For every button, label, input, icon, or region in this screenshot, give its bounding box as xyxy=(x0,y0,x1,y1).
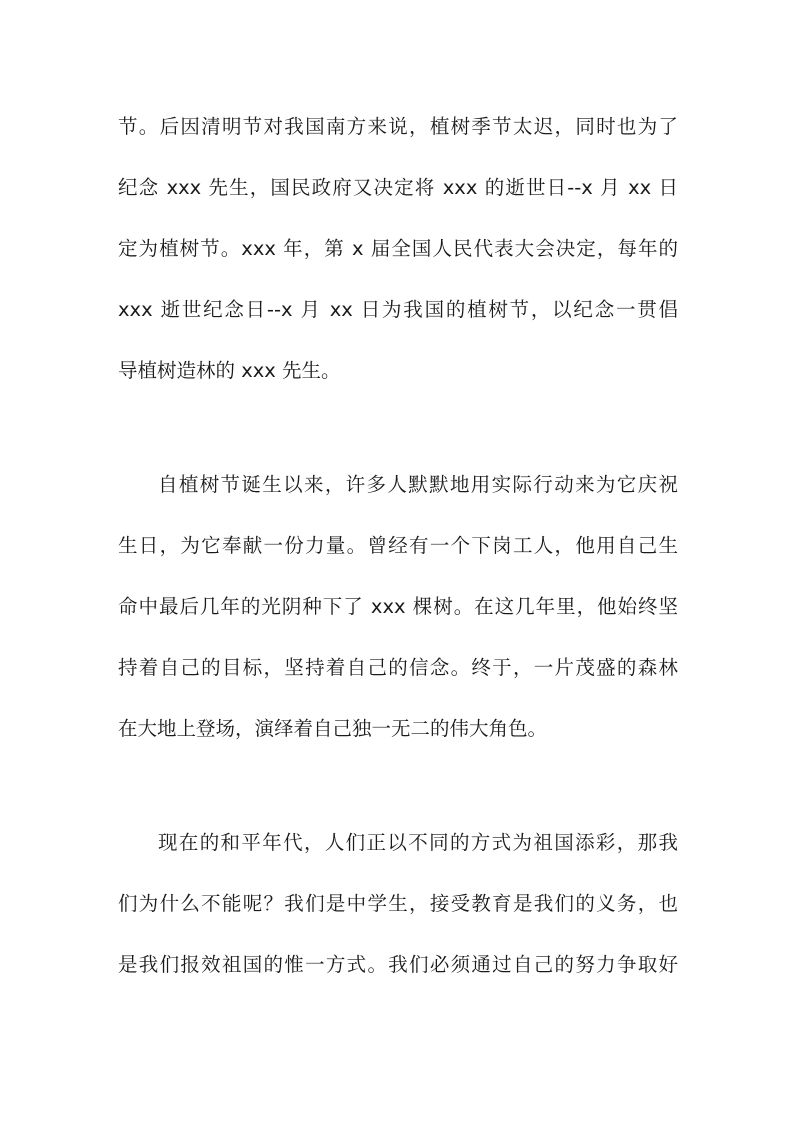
text-line: 们为什么不能呢？我们是中学生，接受教育是我们的义务，也 xyxy=(118,892,678,916)
text-line: 自植树节诞生以来，许多人默默地用实际行动来为它庆祝 xyxy=(158,473,678,497)
text-line: 在大地上登场，演绎着自己独一无二的伟大角色。 xyxy=(118,717,678,741)
text-line: xxx 逝世纪念日--x 月 xx 日为我国的植树节，以纪念一贯倡 xyxy=(118,298,678,322)
text-line: 定为植树节。xxx 年，第 x 届全国人民代表大会决定，每年的 xyxy=(118,237,678,261)
document-page: 节。后因清明节对我国南方来说，植树季节太迟，同时也为了 纪念 xxx 先生，国民… xyxy=(0,0,793,1122)
text-line: 是我们报效祖国的惟一方式。我们必须通过自己的努力争取好 xyxy=(118,953,678,977)
text-line: 导植树造林的 xxx 先生。 xyxy=(118,359,678,383)
text-line: 生日，为它奉献一份力量。曾经有一个下岗工人，他用自己生 xyxy=(118,534,678,558)
text-line: 持着自己的目标，坚持着自己的信念。终于，一片茂盛的森林 xyxy=(118,656,678,680)
text-line: 纪念 xxx 先生，国民政府又决定将 xxx 的逝世日--x 月 xx 日 xyxy=(118,176,678,200)
text-line: 命中最后几年的光阴种下了 xxx 棵树。在这几年里，他始终坚 xyxy=(118,595,678,619)
text-line: 现在的和平年代，人们正以不同的方式为祖国添彩，那我 xyxy=(158,831,678,855)
text-line: 节。后因清明节对我国南方来说，植树季节太迟，同时也为了 xyxy=(118,115,678,139)
